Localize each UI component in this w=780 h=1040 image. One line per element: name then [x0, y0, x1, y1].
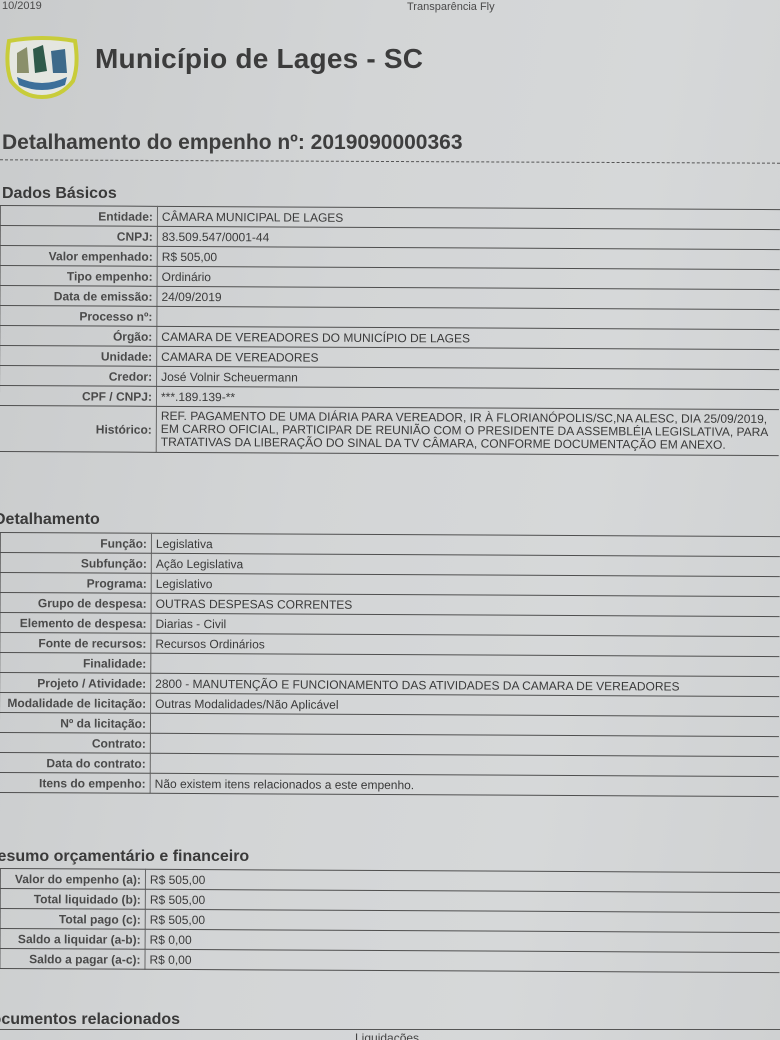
field-label: CNPJ:	[0, 226, 157, 247]
print-date: 10/2019	[2, 0, 42, 12]
field-label: Órgão:	[0, 326, 157, 347]
dados-basicos-table: Entidade:CÂMARA MUNICIPAL DE LAGESCNPJ:8…	[0, 205, 780, 456]
field-label: Processo nº:	[0, 306, 157, 327]
field-label: CPF / CNPJ:	[0, 386, 157, 407]
table-row: Histórico:REF. PAGAMENTO DE UMA DIÁRIA P…	[0, 405, 779, 455]
field-label: Subfunção:	[0, 553, 151, 574]
field-label: Itens do empenho:	[0, 772, 150, 793]
field-label: Valor do empenho (a):	[0, 869, 145, 890]
municipal-coat-of-arms-icon	[3, 35, 81, 99]
table-row: Saldo a pagar (a-c):R$ 0,00	[0, 949, 780, 973]
municipality-title: Município de Lages - SC	[95, 43, 423, 75]
field-label: Unidade:	[0, 346, 157, 367]
field-label: Fonte de recursos:	[0, 633, 151, 654]
section-title-documentos: Documentos relacionados	[0, 1011, 180, 1029]
field-label: Entidade:	[0, 206, 157, 227]
field-value: R$ 0,00	[145, 949, 780, 972]
field-label: Programa:	[0, 573, 151, 594]
liquidacoes-column-header: Liquidações	[355, 1031, 419, 1040]
field-label: Total liquidado (b):	[0, 889, 145, 910]
field-label: Histórico:	[0, 405, 156, 452]
field-label: Valor empenhado:	[0, 246, 157, 267]
brand-name: Transparência Fly	[407, 1, 495, 13]
field-label: Nº da licitação:	[0, 713, 151, 734]
field-label: Data de emissão:	[0, 286, 157, 307]
field-label: Elemento de despesa:	[0, 613, 151, 634]
page-title: Detalhamento do empenho nº: 201909000036…	[2, 131, 463, 155]
resumo-table: Valor do empenho (a):R$ 505,00Total liqu…	[0, 868, 780, 973]
section-title-dados-basicos: Dados Básicos	[2, 185, 117, 203]
field-value: REF. PAGAMENTO DE UMA DIÁRIA PARA VEREAD…	[156, 406, 779, 455]
field-value: Não existem itens relacionados a este em…	[150, 773, 779, 796]
table-row: Itens do empenho:Não existem itens relac…	[0, 772, 779, 796]
print-header: 10/2019 Transparência Fly	[0, 0, 780, 16]
field-label: Projeto / Atividade:	[0, 673, 151, 694]
field-label: Credor:	[0, 366, 157, 387]
field-label: Tipo empenho:	[0, 266, 157, 287]
detalhamento-table: Função:LegislativaSubfunção:Ação Legisla…	[0, 532, 780, 797]
field-label: Saldo a liquidar (a-b):	[0, 929, 145, 950]
title-divider	[0, 159, 780, 163]
section-title-resumo: Resumo orçamentário e financeiro	[0, 848, 249, 866]
section-title-detalhamento: Detalhamento	[0, 511, 100, 529]
field-label: Data do contrato:	[0, 752, 150, 773]
field-label: Modalidade de licitação:	[0, 693, 151, 714]
field-label: Função:	[0, 533, 151, 554]
field-label: Contrato:	[0, 732, 150, 753]
field-label: Grupo de despesa:	[0, 593, 151, 614]
page-header: Município de Lages - SC	[0, 32, 780, 102]
field-label: Total pago (c):	[0, 909, 145, 930]
field-label: Saldo a pagar (a-c):	[0, 949, 145, 970]
field-label: Finalidade:	[0, 653, 151, 674]
documentos-divider	[0, 1029, 780, 1030]
